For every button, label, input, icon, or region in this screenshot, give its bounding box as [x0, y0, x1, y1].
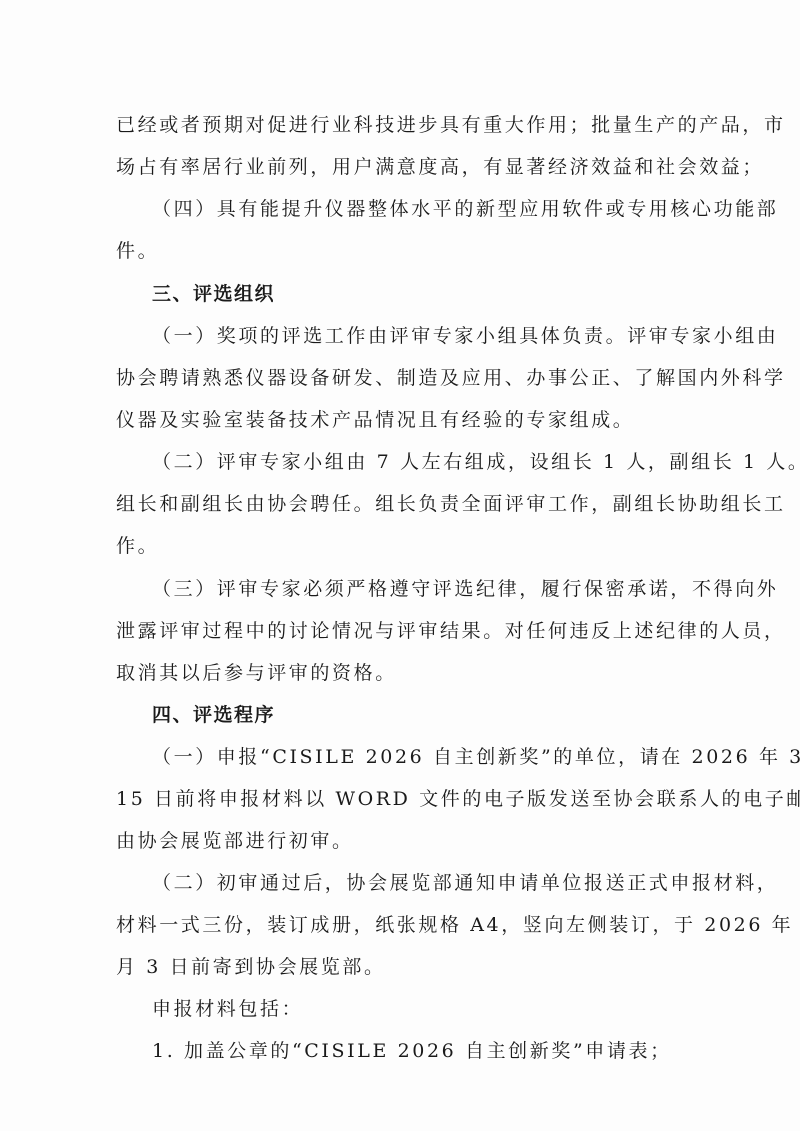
body-line: 材料一式三份，装订成册，纸张规格 A4，竖向左侧装订，于 2026 年 4 [116, 910, 716, 940]
body-line: 组长和副组长由协会聘任。组长负责全面评审工作，副组长协助组长工 [116, 489, 716, 519]
clause-three: （三）评审专家必须严格遵守评选纪律，履行保密承诺，不得向外 [152, 574, 752, 604]
materials-item-1: 1. 加盖公章的“CISILE 2026 自主创新奖”申请表； [152, 1036, 752, 1066]
materials-intro: 申报材料包括： [152, 994, 752, 1024]
body-line: 件。 [116, 236, 716, 266]
body-line: 取消其以后参与评审的资格。 [116, 658, 716, 688]
body-line: 仪器及实验室装备技术产品情况且有经验的专家组成。 [116, 405, 716, 435]
body-line: 场占有率居行业前列，用户满意度高，有显著经济效益和社会效益； [116, 152, 716, 182]
body-line: 已经或者预期对促进行业科技进步具有重大作用；批量生产的产品，市 [116, 110, 716, 140]
clause-one: （一）申报“CISILE 2026 自主创新奖”的单位，请在 2026 年 3 … [152, 742, 752, 772]
body-line: 15 日前将申报材料以 WORD 文件的电子版发送至协会联系人的电子邮箱， [116, 784, 716, 814]
clause-two: （二）评审专家小组由 7 人左右组成，设组长 1 人，副组长 1 人。 [152, 447, 752, 477]
body-line: 协会聘请熟悉仪器设备研发、制造及应用、办事公正、了解国内外科学 [116, 363, 716, 393]
body-line: 泄露评审过程中的讨论情况与评审结果。对任何违反上述纪律的人员， [116, 616, 716, 646]
clause-two: （二）初审通过后，协会展览部通知申请单位报送正式申报材料， [152, 868, 752, 898]
document-page: 已经或者预期对促进行业科技进步具有重大作用；批量生产的产品，市 场占有率居行业前… [0, 0, 800, 1131]
clause-one: （一）奖项的评选工作由评审专家小组具体负责。评审专家小组由 [152, 321, 752, 351]
body-line: 作。 [116, 531, 716, 561]
body-line: 月 3 日前寄到协会展览部。 [116, 952, 716, 982]
section-heading-evaluation-organization: 三、评选组织 [152, 279, 752, 309]
section-heading-evaluation-procedure: 四、评选程序 [152, 700, 752, 730]
clause-four: （四）具有能提升仪器整体水平的新型应用软件或专用核心功能部 [152, 194, 752, 224]
body-line: 由协会展览部进行初审。 [116, 826, 716, 856]
